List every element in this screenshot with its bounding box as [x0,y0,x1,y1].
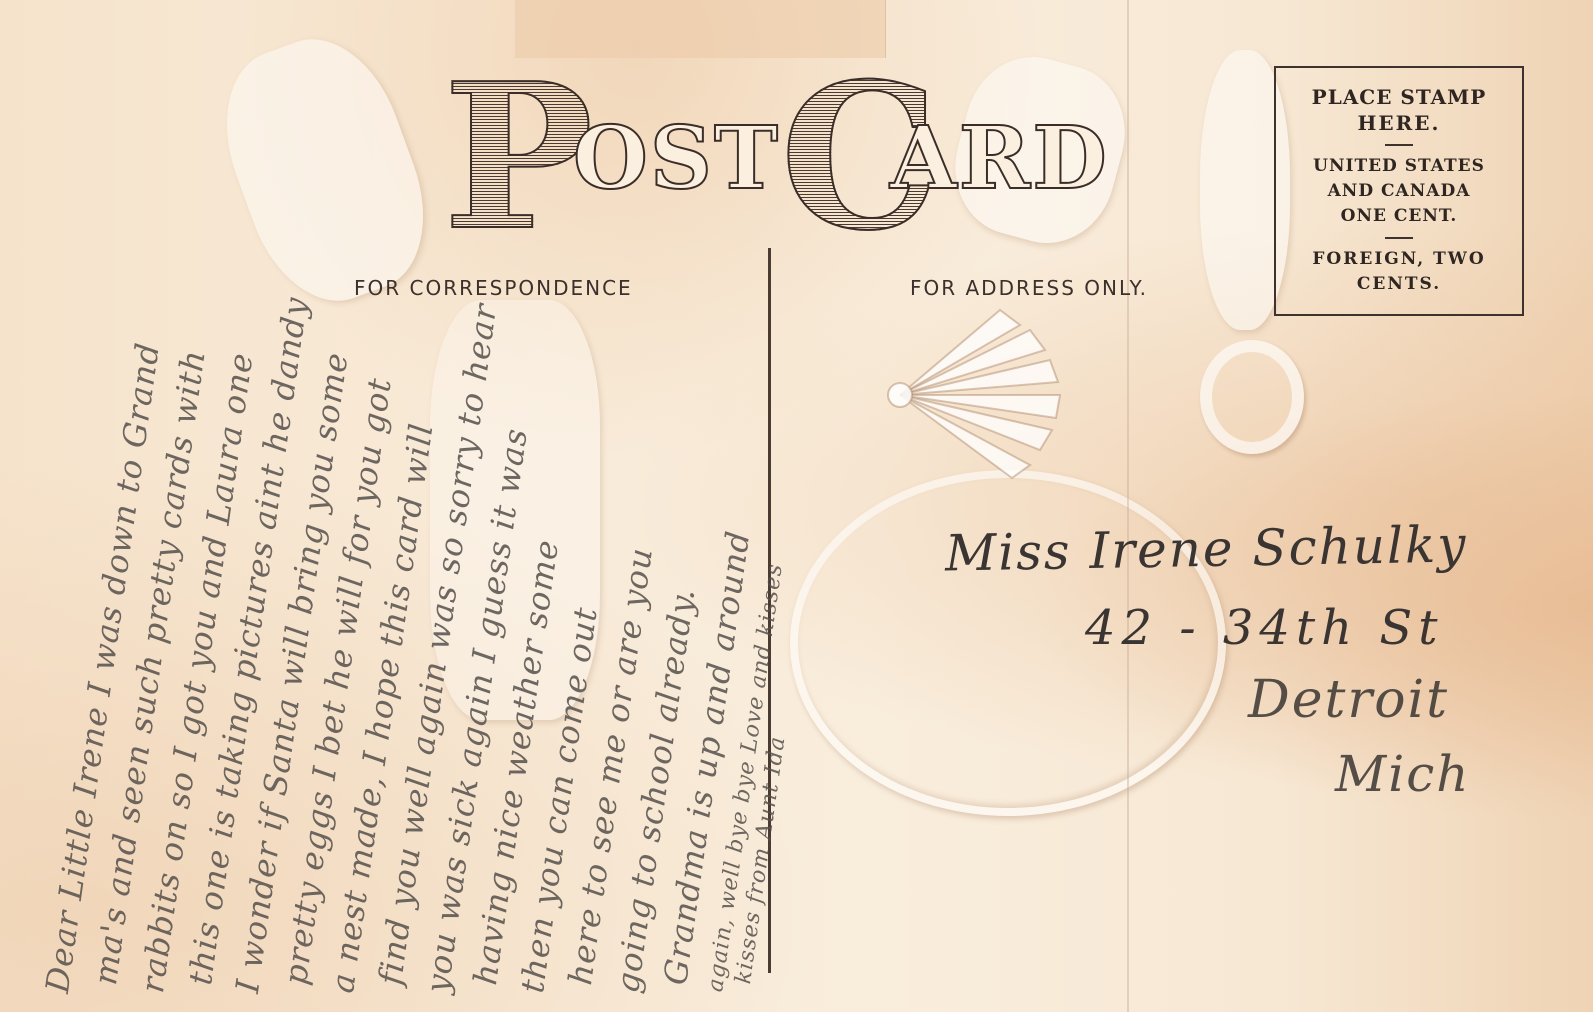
correspondence-label: FOR CORRESPONDENCE [354,276,633,300]
fold-line [1127,0,1129,1012]
stamp-line-3: UNITED STATES [1276,154,1522,179]
title-ost: OST [573,116,780,202]
stamp-line-7: CENTS. [1276,272,1522,297]
stamp-rule [1385,144,1413,146]
stamp-line-5: ONE CENT. [1276,204,1522,229]
stamp-line-1: PLACE STAMP [1276,84,1522,110]
stamp-line-4: AND CANADA [1276,179,1522,204]
embossed-fan-icon [880,300,1080,500]
stamp-line-2: HERE. [1276,110,1522,136]
title-ard: ARD [890,116,1109,202]
stamp-box: PLACE STAMP HERE. UNITED STATES AND CANA… [1274,66,1524,316]
postcard: P OST C ARD FOR CORRESPONDENCE FOR ADDRE… [0,0,1593,1012]
stamp-line-6: FOREIGN, TWO [1276,247,1522,272]
recipient-street: 42 - 34th St [1085,600,1444,656]
recipient-name: Miss Irene Schulky [945,515,1468,582]
title-initial-p: P [443,58,593,258]
recipient-city: Detroit [1248,670,1449,730]
embossed-ring [1200,340,1304,454]
recipient-state: Mich [1335,745,1470,803]
stamp-rule [1385,237,1413,239]
address-label: FOR ADDRESS ONLY. [910,276,1148,300]
postcard-title: P OST C ARD [435,58,1115,258]
